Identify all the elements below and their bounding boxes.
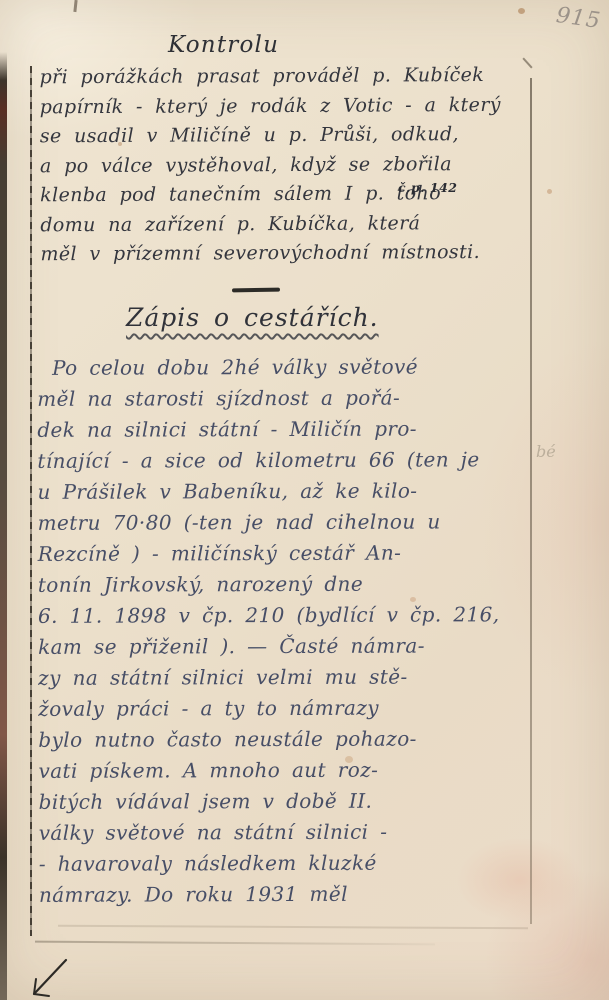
handwritten-line: tínající - a sice od kilometru 66 (ten j… — [37, 444, 537, 477]
margin-rule-left — [30, 66, 32, 936]
handwritten-line: dek na silnici státní - Miličín pro- — [37, 413, 537, 446]
house-number-annotation: č.p. 142 — [398, 180, 458, 195]
handwritten-line: u Prášilek v Babeníku, až ke kilo- — [37, 475, 537, 508]
foxing-speck — [547, 189, 552, 194]
handwritten-line: měl na starosti sjízdnost a pořá- — [37, 382, 537, 415]
scanned-manuscript-page: 915 Kontrolu při porážkách prasat provád… — [0, 0, 609, 1000]
handwritten-line: při porážkách prasat prováděl p. Kubíček — [39, 61, 539, 93]
handwritten-line: války světové na státní silnici - — [39, 816, 539, 849]
handwritten-line: 6. 11. 1898 v čp. 210 (bydlící v čp. 216… — [38, 599, 538, 632]
handwritten-line: vati pískem. A mnoho aut roz- — [38, 754, 538, 787]
handwritten-line: měl v přízemní severovýchodní místnosti. — [40, 238, 540, 270]
page-number: 915 — [554, 3, 602, 34]
handwritten-line: žovaly práci - a ty to námrazy — [38, 692, 538, 725]
handwritten-line: a po válce vystěhoval, když se zbořila — [40, 149, 540, 181]
margin-rule-bottom — [35, 941, 435, 946]
handwritten-line: bitých vídával jsem v době II. — [39, 785, 539, 818]
handwritten-line: námrazy. Do roku 1931 měl — [39, 878, 539, 911]
handwritten-line: - havarovaly následkem kluzké — [39, 847, 539, 880]
margin-rule-bottom-faint — [58, 925, 528, 929]
section-divider — [232, 288, 280, 293]
handwritten-line: metru 70·80 (-ten je nad cihelnou u — [38, 506, 538, 539]
handwritten-line: kam se přiženil ). — Časté námra- — [38, 630, 538, 663]
handwritten-line: klenba pod tanečním sálem I p. toho — [40, 179, 540, 211]
paragraph-slaughter-inspection: při porážkách prasat prováděl p. Kubíček… — [39, 61, 540, 270]
handwritten-line: se usadil v Miličíně u p. Průši, odkud, — [40, 120, 540, 152]
binding-edge-shadow — [0, 52, 7, 1000]
foxing-speck — [518, 8, 525, 14]
checkmark-arrow-icon — [28, 952, 76, 1000]
handwritten-line: zy na státní silnici velmi mu stě- — [38, 661, 538, 694]
section-title-kontrolu: Kontrolu — [168, 32, 279, 58]
paragraph-road-menders: Po celou dobu 2hé války světové měl na s… — [37, 351, 539, 911]
section-heading-cestari: Zápis o cestářích. — [126, 303, 379, 332]
handwritten-line: bylo nutno často neustále pohazo- — [38, 723, 538, 756]
handwritten-line: papírník - který je rodák z Votic - a kt… — [40, 90, 540, 122]
faint-pencil-margin-note: bé — [536, 442, 556, 461]
handwritten-line: tonín Jirkovský, narozený dne — [38, 568, 538, 601]
edge-mark — [73, 0, 77, 12]
handwritten-line: Po celou dobu 2hé války světové — [37, 351, 537, 384]
handwritten-line: Rezcíně ) - miličínský cestář An- — [38, 537, 538, 570]
handwritten-line: domu na zařízení p. Kubíčka, která — [40, 208, 540, 240]
